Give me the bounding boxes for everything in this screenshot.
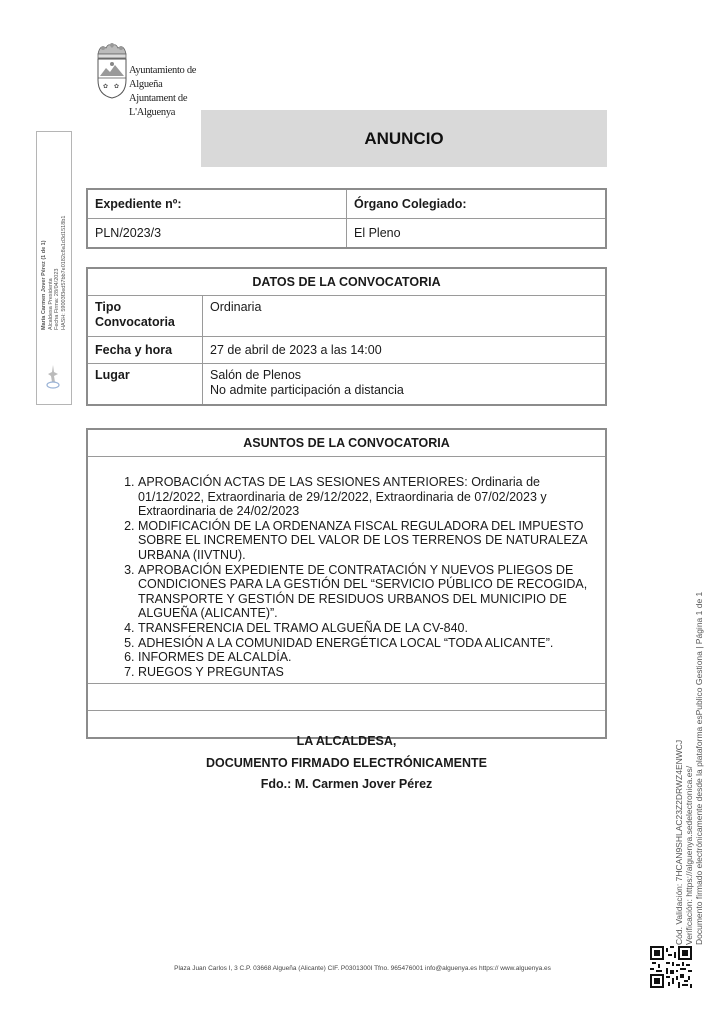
list-item: INFORMES DE ALCALDÍA.	[138, 650, 597, 665]
list-item: APROBACIÓN EXPEDIENTE DE CONTRATACIÓN Y …	[138, 563, 597, 621]
list-item: RUEGOS Y PREGUNTAS	[138, 665, 597, 680]
agenda-list: APROBACIÓN ACTAS DE LAS SESIONES ANTERIO…	[96, 475, 597, 679]
empty-row	[87, 684, 606, 711]
row-value: Ordinaria	[203, 296, 607, 337]
list-item: TRANSFERENCIA DEL TRAMO ALGUEÑA DE LA CV…	[138, 621, 597, 636]
table-row: Lugar Salón de Plenos No admite particip…	[87, 364, 606, 406]
seal-icon	[42, 362, 64, 390]
municipal-logo: ✿✿ Ayuntamiento de Algueña Ajuntament de…	[90, 40, 220, 100]
asuntos-body: APROBACIÓN ACTAS DE LAS SESIONES ANTERIO…	[87, 457, 606, 684]
table-row: Fecha y hora 27 de abril de 2023 a las 1…	[87, 337, 606, 364]
expediente-label: Expediente nº:	[87, 189, 347, 219]
convocatoria-heading: DATOS DE LA CONVOCATORIA	[87, 268, 606, 296]
convocatoria-table: DATOS DE LA CONVOCATORIA Tipo Convocator…	[86, 267, 607, 406]
signature-note: DOCUMENTO FIRMADO ELECTRÓNICAMENTE	[86, 756, 607, 770]
stamp-hash: HASH: 59003f3ed57bb7e0182c8a1d3d1518b1	[61, 216, 68, 330]
logo-name-es: Ayuntamiento de Algueña	[129, 64, 220, 92]
asuntos-table: ASUNTOS DE LA CONVOCATORIA APROBACIÓN AC…	[86, 428, 607, 739]
row-label: Tipo Convocatoria	[87, 296, 203, 337]
row-label: Lugar	[87, 364, 203, 406]
signature-name: Fdo.: M. Carmen Jover Pérez	[86, 777, 607, 791]
document-title: ANUNCIO	[201, 110, 607, 167]
list-item: MODIFICACIÓN DE LA ORDENANZA FISCAL REGU…	[138, 519, 597, 563]
expediente-table: Expediente nº: Órgano Colegiado: PLN/202…	[86, 188, 607, 249]
verification-text: Cód. Validación: 7HCAN9SHLAC23Z2DRWZ4ENW…	[674, 592, 704, 945]
expediente-value: PLN/2023/3	[87, 219, 347, 249]
svg-text:✿: ✿	[114, 83, 119, 90]
list-item: ADHESIÓN A LA COMUNIDAD ENERGÉTICA LOCAL…	[138, 636, 597, 651]
row-value: Salón de Plenos	[210, 368, 598, 383]
row-value: 27 de abril de 2023 a las 14:00	[203, 337, 607, 364]
signature-role: LA ALCALDESA,	[86, 734, 607, 748]
row-value-secondary: No admite participación a distancia	[210, 383, 598, 398]
list-item: APROBACIÓN ACTAS DE LAS SESIONES ANTERIO…	[138, 475, 597, 519]
verification-url: Verificación: https://alguenya.sedelectr…	[684, 592, 694, 945]
row-value-cell: Salón de Plenos No admite participación …	[203, 364, 607, 406]
verification-platform: Documento firmado electrónicamente desde…	[694, 592, 704, 945]
verification-code: Cód. Validación: 7HCAN9SHLAC23Z2DRWZ4ENW…	[674, 592, 684, 945]
qr-code-icon[interactable]	[650, 946, 692, 988]
row-label: Fecha y hora	[87, 337, 203, 364]
coat-of-arms-icon: ✿✿	[92, 40, 132, 100]
asuntos-heading: ASUNTOS DE LA CONVOCATORIA	[87, 429, 606, 457]
organo-value: El Pleno	[347, 219, 607, 249]
table-row: Tipo Convocatoria Ordinaria	[87, 296, 606, 337]
svg-text:✿: ✿	[103, 83, 108, 90]
organo-label: Órgano Colegiado:	[347, 189, 607, 219]
footer-address: Plaza Juan Carlos I, 3 C.P. 03668 Algueñ…	[0, 965, 725, 972]
signature-stamp-text: María Carmen Jover Pérez (1 de 1) Alcald…	[41, 216, 67, 330]
